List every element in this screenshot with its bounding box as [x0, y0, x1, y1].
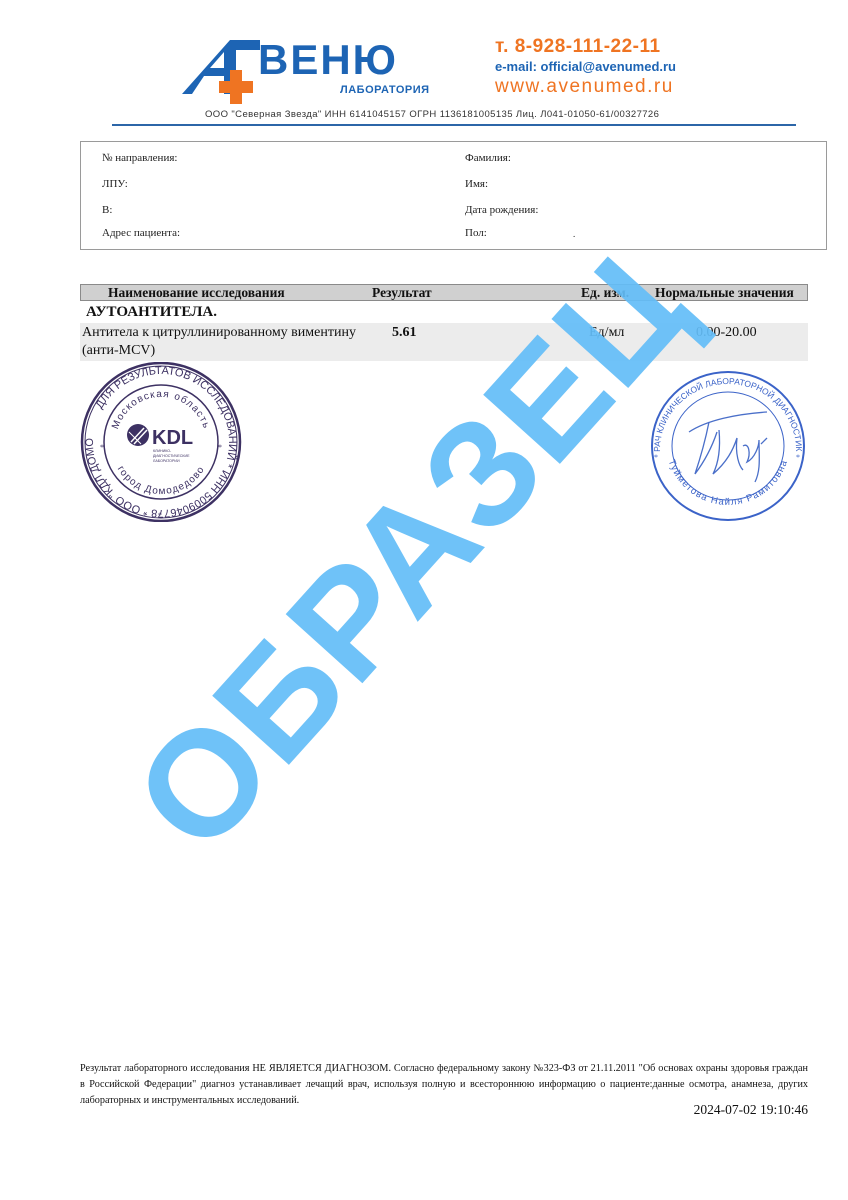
test-name: Антитела к цитруллинированному виментину… — [82, 324, 362, 360]
aveniu-logo: ВЕНЮ ЛАБОРАТОРИЯ — [178, 36, 448, 106]
header-test-name: Наименование исследования — [108, 285, 285, 301]
a-plus-logo-icon — [178, 36, 268, 106]
header-normal-range: Нормальные значения — [655, 285, 794, 301]
results-table-header: Наименование исследования Результат Ед. … — [80, 284, 808, 301]
svg-text:Московская область: Московская область — [110, 389, 212, 431]
email-address: e-mail: official@avenumed.ru — [495, 58, 676, 76]
svg-text:*: * — [218, 443, 222, 452]
header-result: Результат — [372, 285, 432, 301]
patient-address-label: Адрес пациента: — [102, 227, 180, 239]
svg-text:КЛИНИКО-: КЛИНИКО- — [153, 449, 172, 453]
svg-text:Туйметова Найля Рамитовна: Туйметова Найля Рамитовна — [666, 458, 791, 508]
surname-label: Фамилия: — [465, 152, 511, 164]
doctor-stamp: ВРАЧ КЛИНИЧЕСКОЙ ЛАБОРАТОРНОЙ ДИАГНОСТИК… — [647, 362, 809, 522]
legal-info: ООО "Северная Звезда" ИНН 6141045157 ОГР… — [205, 109, 659, 120]
patient-info-box: № направления: ЛПУ: В: Адрес пациента: Ф… — [80, 141, 827, 250]
section-title: АУТОАНТИТЕЛА. — [80, 301, 808, 323]
svg-text:KDL: KDL — [152, 427, 193, 449]
test-result: 5.61 — [392, 324, 417, 342]
first-name-label: Имя: — [465, 178, 488, 190]
header-unit: Ед. изм. — [581, 285, 629, 301]
letterhead: ВЕНЮ ЛАБОРАТОРИЯ т. 8-928-111-22-11 e-ma… — [110, 28, 800, 130]
svg-text:ДИАГНОСТИЧЕСКИЕ: ДИАГНОСТИЧЕСКИЕ — [153, 454, 190, 458]
test-unit: Ед/мл — [589, 324, 624, 342]
sex-label: Пол: — [465, 227, 487, 239]
website-url: www.avenumed.ru — [495, 76, 676, 98]
birth-date-label: Дата рождения: — [465, 204, 538, 216]
v-label: В: — [102, 204, 112, 216]
svg-text:*: * — [158, 511, 162, 520]
logo-subtitle: ЛАБОРАТОРИЯ — [340, 84, 430, 96]
lpu-label: ЛПУ: — [102, 178, 128, 190]
svg-text:ВРАЧ КЛИНИЧЕСКОЙ ЛАБОРАТОРНОЙ: ВРАЧ КЛИНИЧЕСКОЙ ЛАБОРАТОРНОЙ ДИАГНОСТИК… — [647, 362, 804, 452]
report-timestamp: 2024-07-02 19:10:46 — [694, 1102, 808, 1118]
svg-text:*: * — [654, 453, 658, 462]
logo-wordmark: ВЕНЮ — [258, 38, 398, 82]
svg-text:*: * — [100, 443, 104, 452]
svg-text:*: * — [796, 453, 800, 462]
kdl-stamp: ДЛЯ РЕЗУЛЬТАТОВ ИССЛЕДОВАНИЙ * ИНН 50090… — [80, 362, 242, 522]
kdl-logo-icon — [127, 424, 149, 446]
test-normal-range: 0.00-20.00 — [696, 324, 757, 342]
section-autoantibodies: АУТОАНТИТЕЛА. — [86, 304, 217, 321]
svg-text:город Домодедово: город Домодедово — [115, 464, 207, 497]
phone-number: т. 8-928-111-22-11 — [495, 36, 676, 58]
signature-icon — [689, 412, 767, 482]
sex-value-dot: . — [573, 229, 575, 239]
letterhead-divider — [112, 124, 796, 126]
svg-text:ЛАБОРАТОРИИ: ЛАБОРАТОРИИ — [153, 459, 180, 463]
results-table: Наименование исследования Результат Ед. … — [80, 284, 808, 361]
table-row: Антитела к цитруллинированному виментину… — [80, 323, 808, 361]
contacts-block: т. 8-928-111-22-11 e-mail: official@aven… — [495, 36, 676, 98]
referral-number-label: № направления: — [102, 152, 177, 164]
